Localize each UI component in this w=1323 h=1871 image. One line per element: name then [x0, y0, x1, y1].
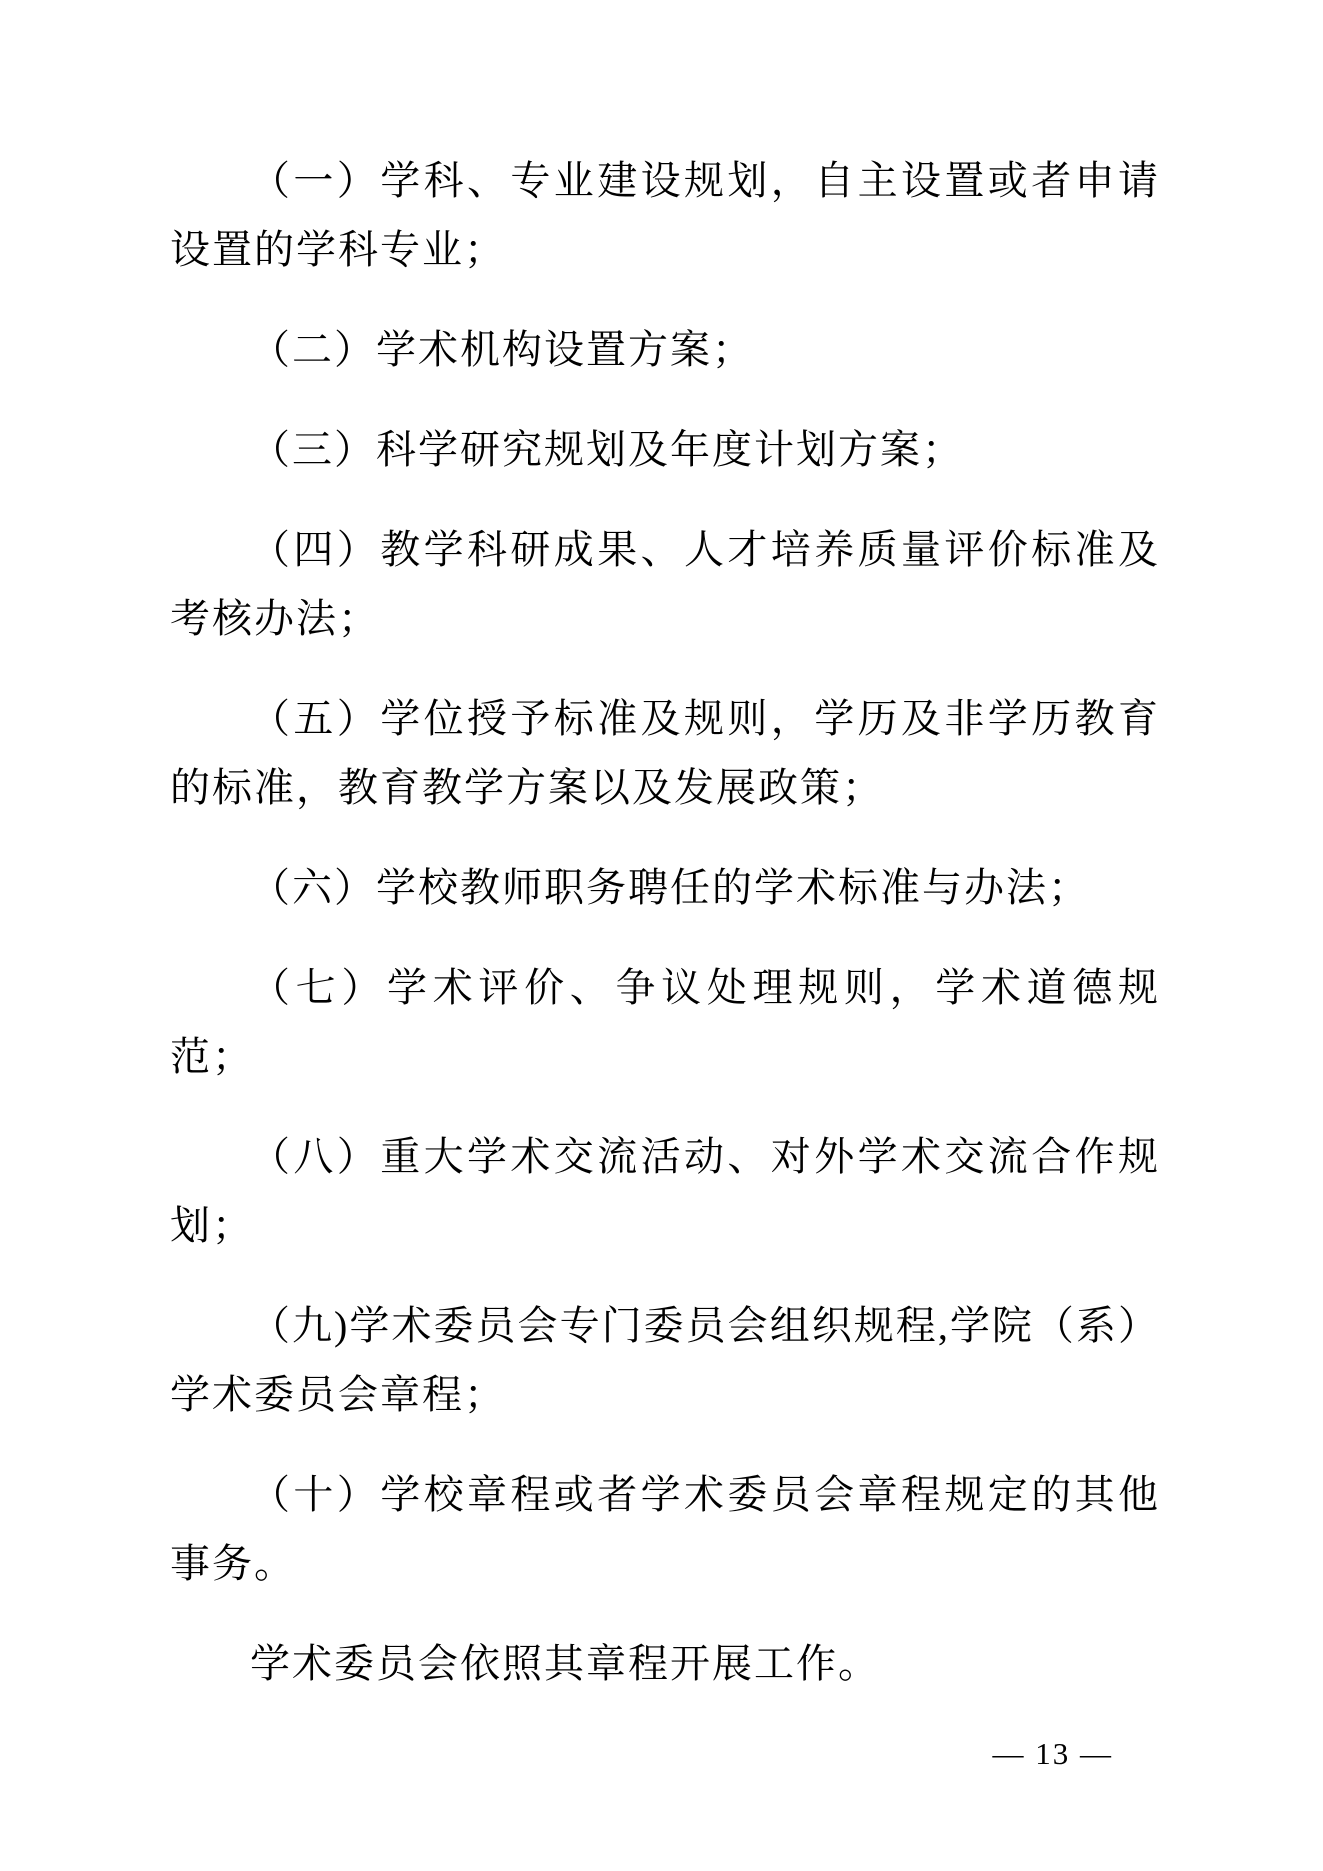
paragraph-item-5: （五）学位授予标准及规则，学历及非学历教育的标准，教育教学方案以及发展政策； — [170, 684, 1160, 822]
paragraph-item-2: （二）学术机构设置方案； — [170, 315, 1160, 384]
paragraph-item-8: （八）重大学术交流活动、对外学术交流合作规划； — [170, 1122, 1160, 1260]
paragraph-item-3: （三）科学研究规划及年度计划方案； — [170, 415, 1160, 484]
paragraph-item-9: （九)学术委员会专门委员会组织规程,学院（系）学术委员会章程； — [170, 1291, 1160, 1429]
page-number: — 13 — — [993, 1736, 1114, 1772]
paragraph-item-6: （六）学校教师职务聘任的学术标准与办法； — [170, 853, 1160, 922]
paragraph-item-4: （四）教学科研成果、人才培养质量评价标准及考核办法； — [170, 515, 1160, 653]
paragraph-item-10: （十）学校章程或者学术委员会章程规定的其他事务。 — [170, 1460, 1160, 1598]
paragraph-item-7: （七）学术评价、争议处理规则，学术道德规范； — [170, 953, 1160, 1091]
document-body: （一）学科、专业建设规划，自主设置或者申请设置的学科专业； （二）学术机构设置方… — [170, 146, 1160, 1729]
paragraph-closing: 学术委员会依照其章程开展工作。 — [170, 1629, 1160, 1698]
document-page: （一）学科、专业建设规划，自主设置或者申请设置的学科专业； （二）学术机构设置方… — [0, 0, 1323, 1871]
paragraph-item-1: （一）学科、专业建设规划，自主设置或者申请设置的学科专业； — [170, 146, 1160, 284]
